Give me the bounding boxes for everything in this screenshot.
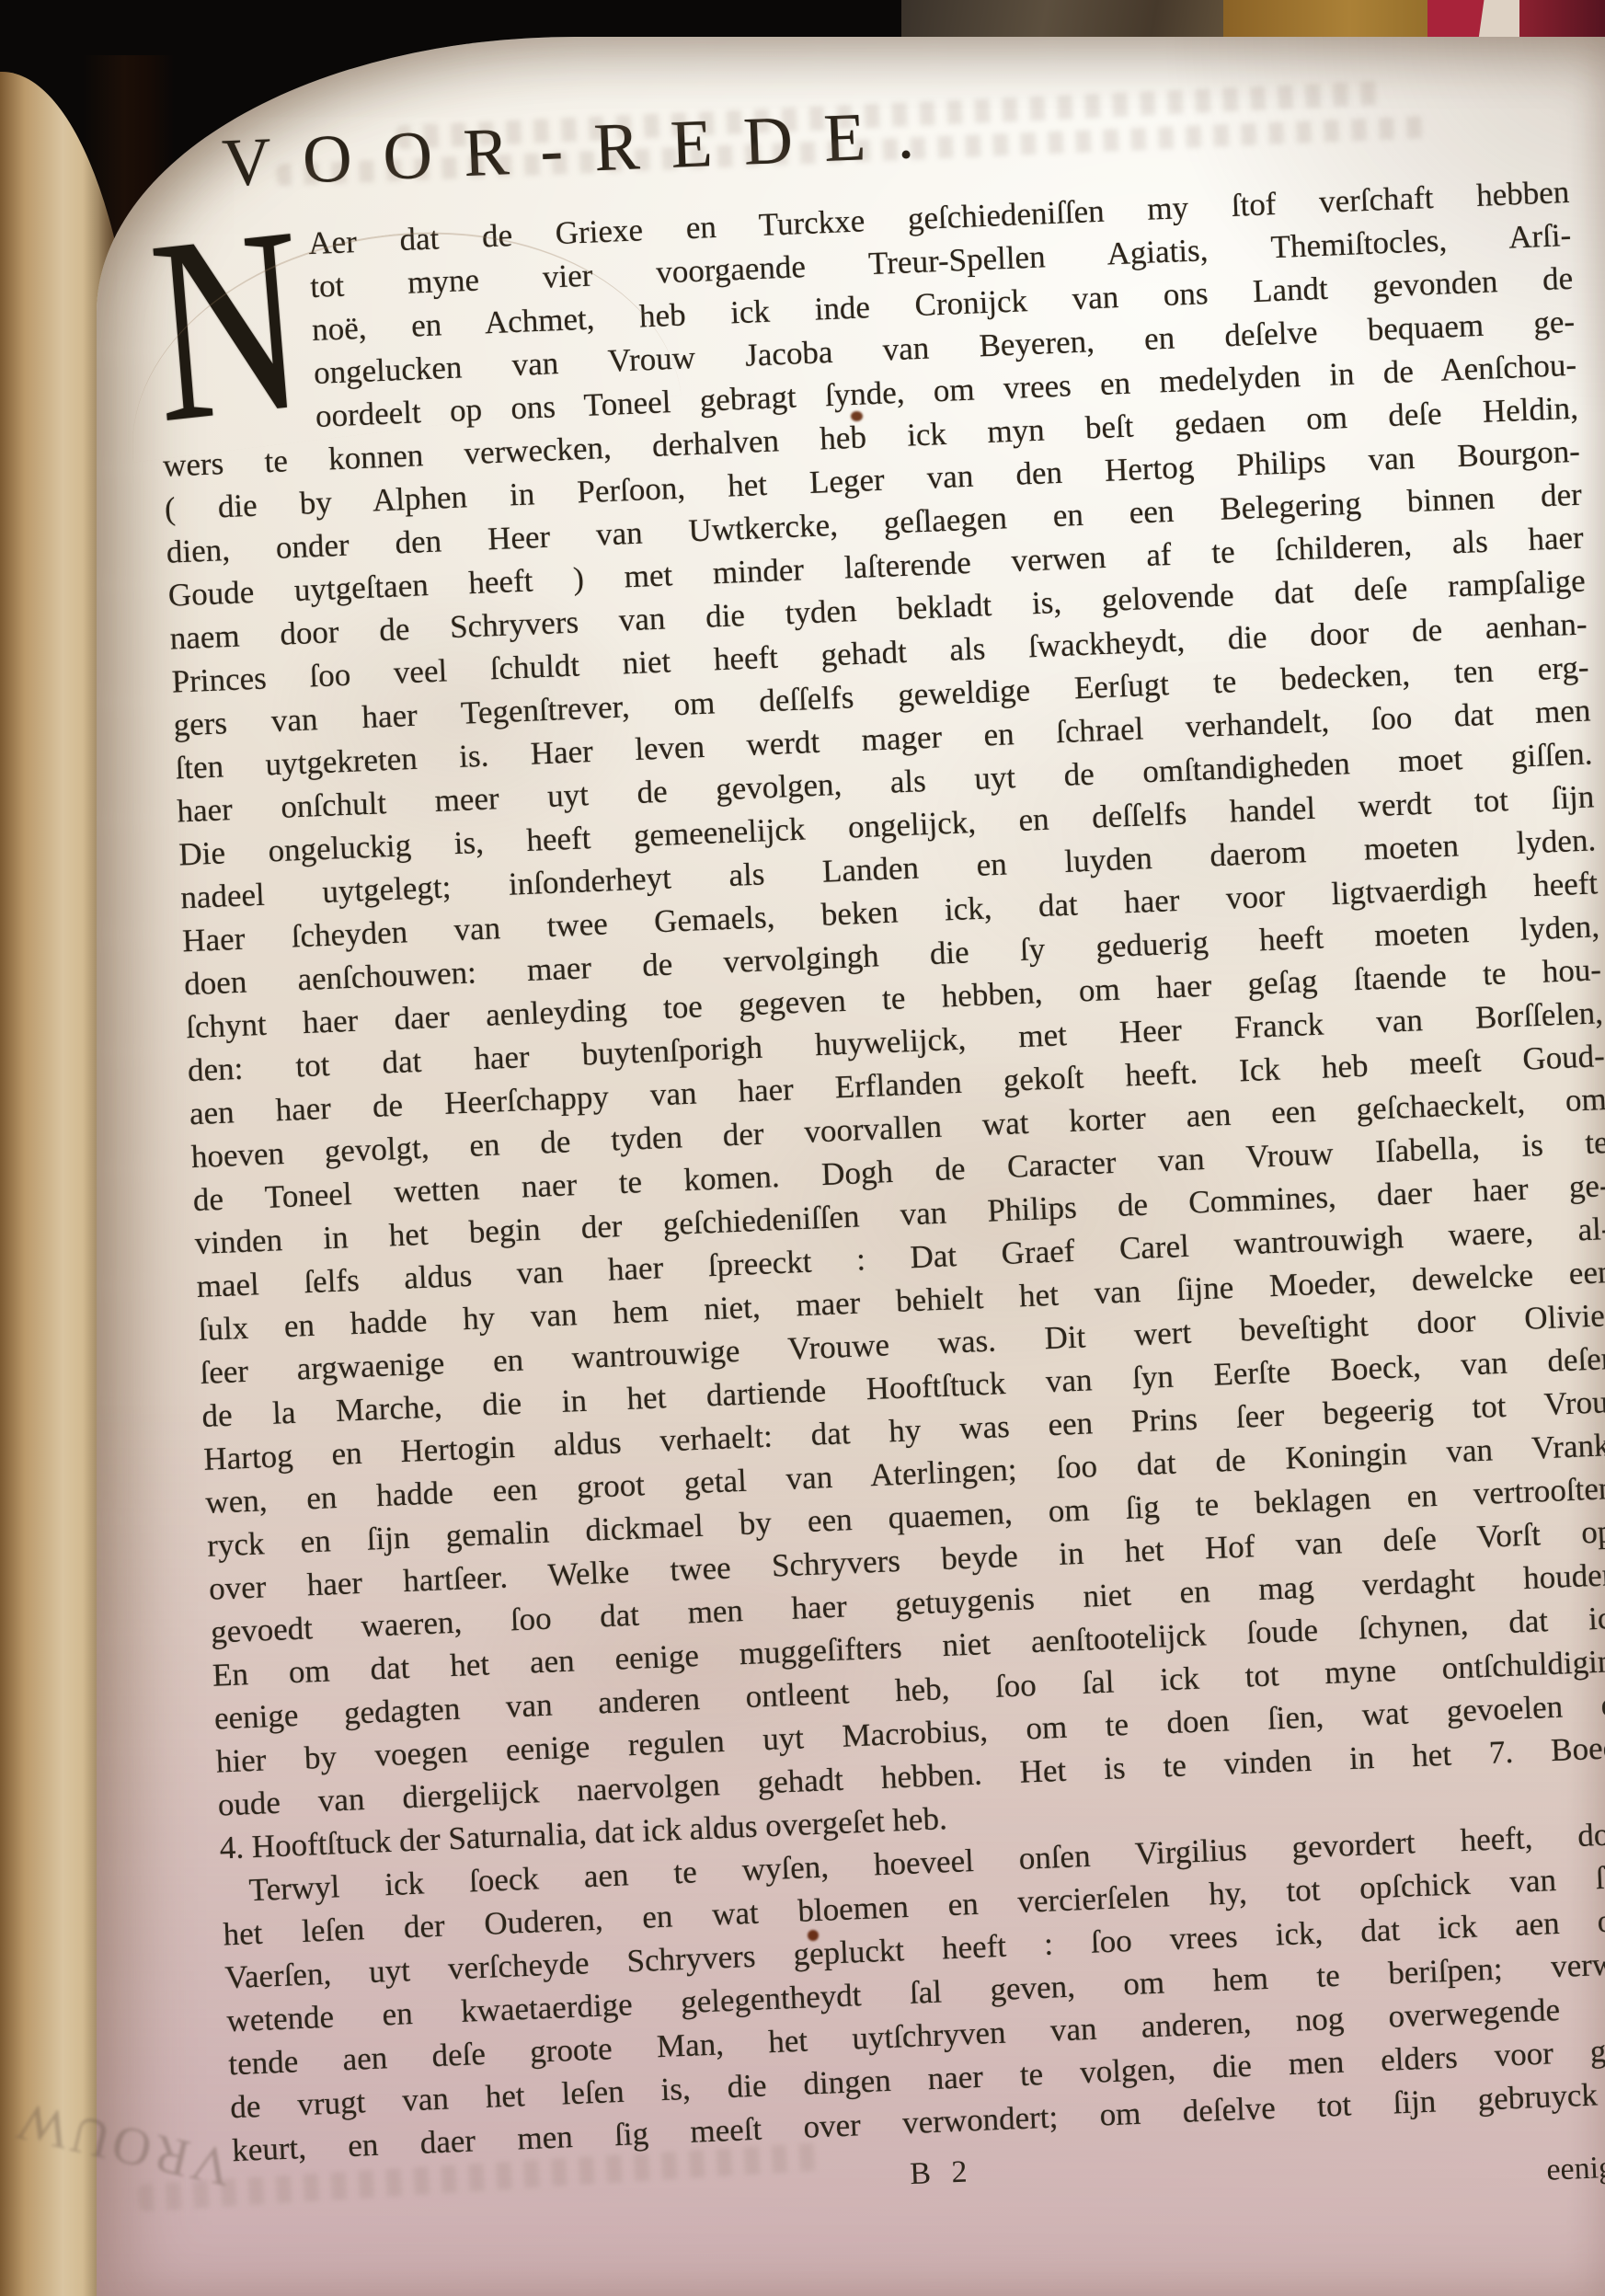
catchword: eenig-	[1546, 2150, 1605, 2187]
preface-body: N Aer dat de Griexe en Turckxe geſchiede…	[154, 170, 1605, 2172]
foxing-spot	[808, 1930, 819, 1941]
text-lines: Aer dat de Griexe en Turckxe geſchiedeni…	[154, 170, 1605, 2172]
gathering-signature: B 2	[910, 2154, 975, 2192]
foxing-spot	[851, 411, 863, 421]
